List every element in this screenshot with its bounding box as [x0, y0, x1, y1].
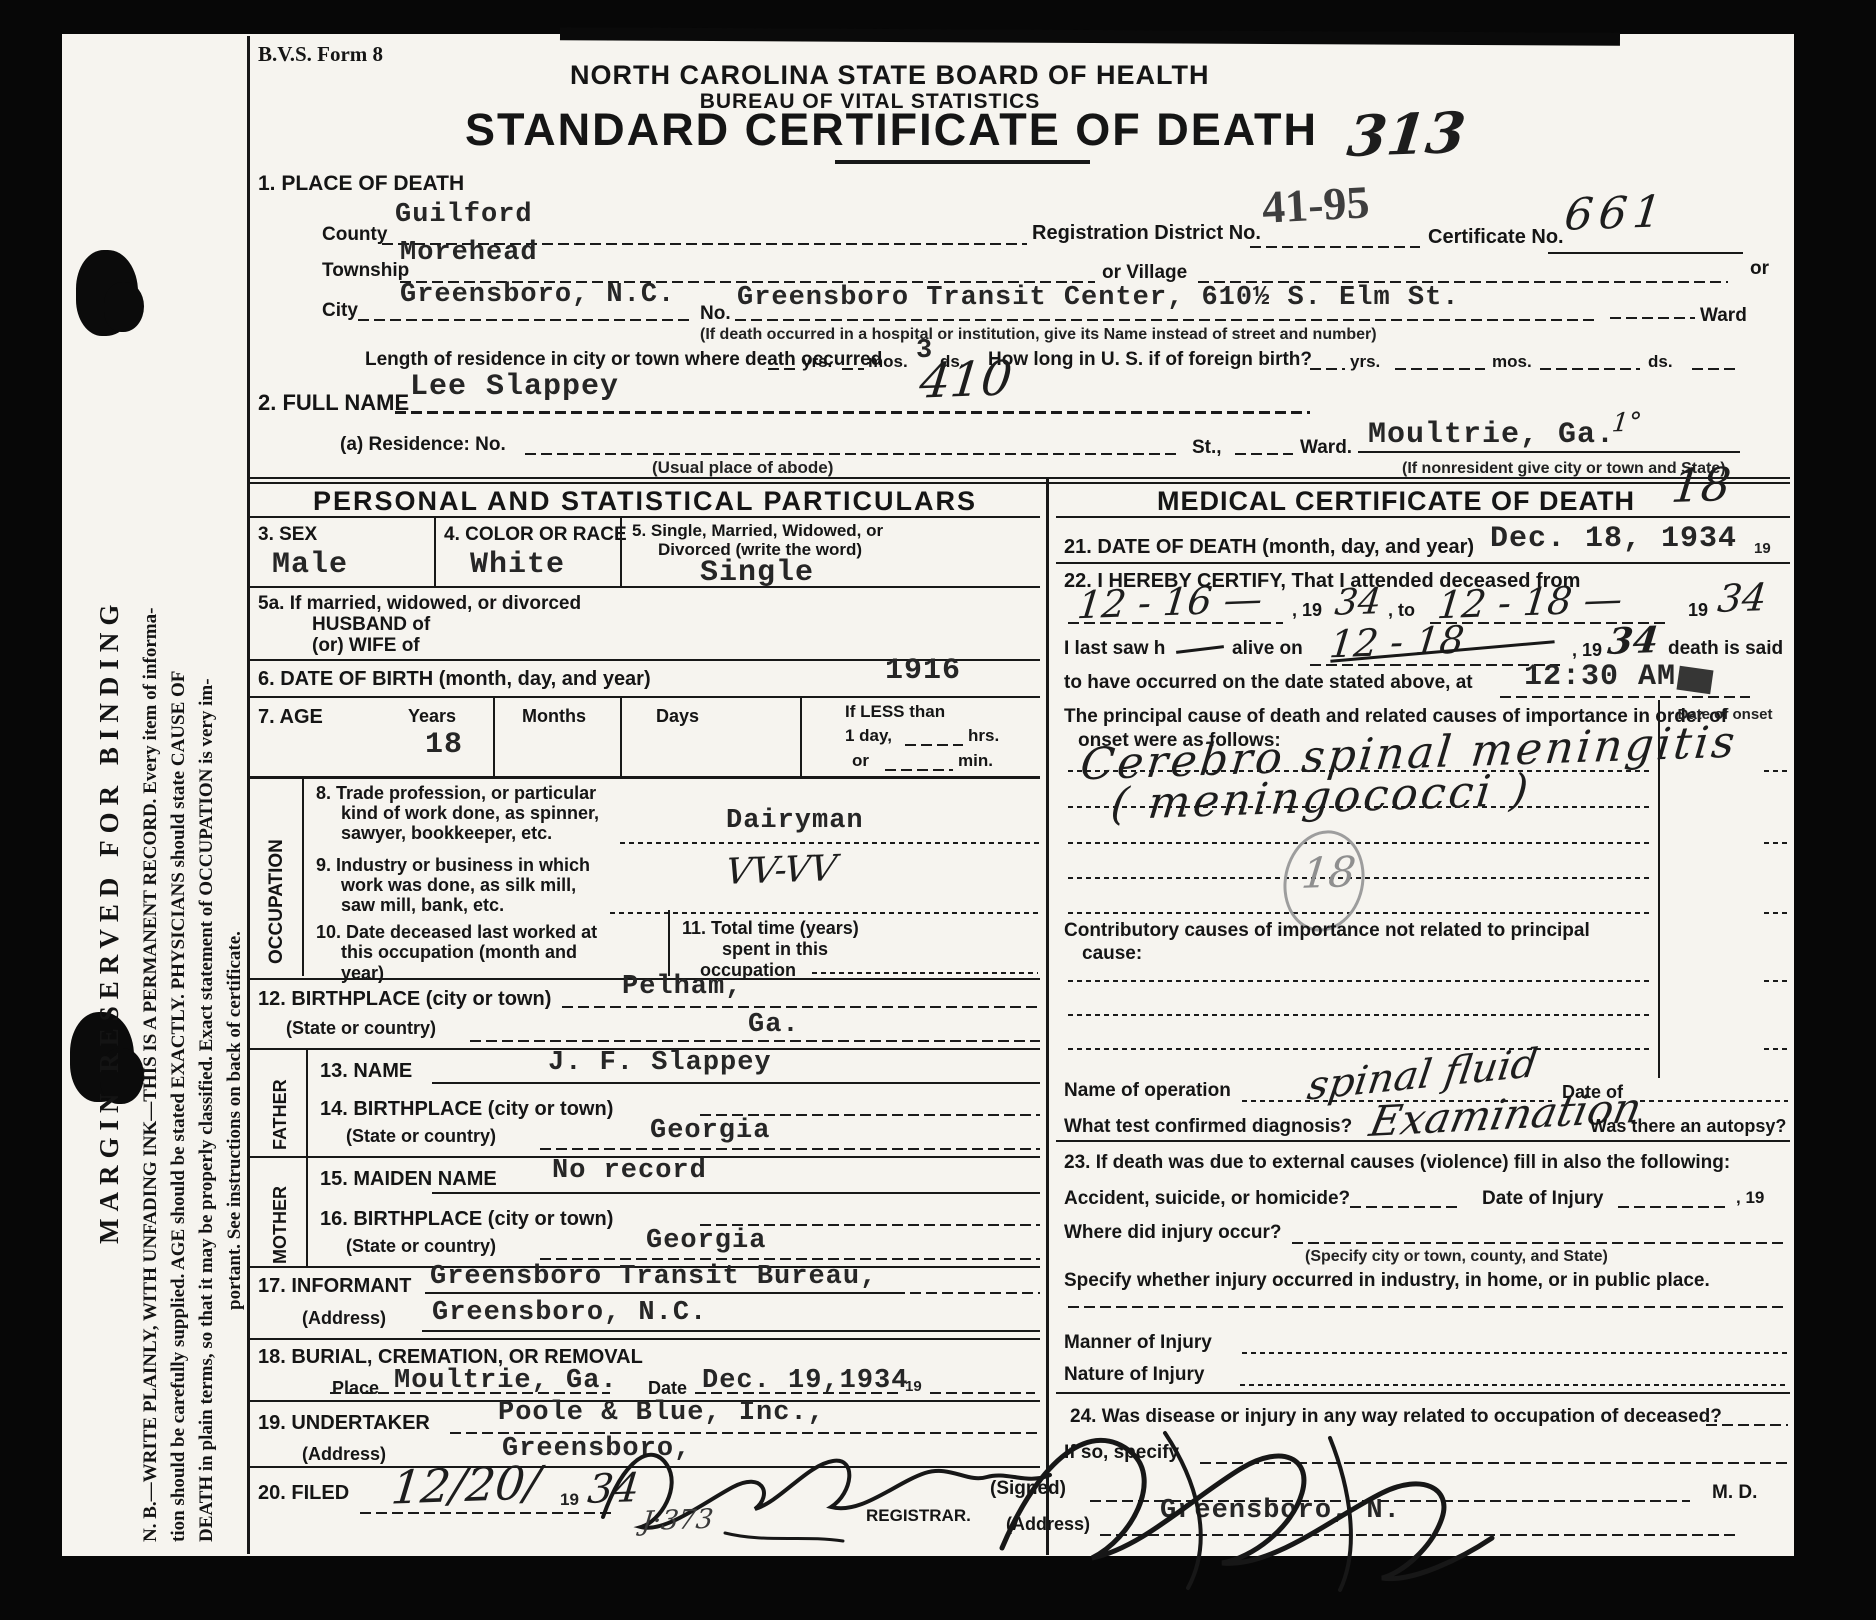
father-name-label: 13. NAME [320, 1060, 412, 1083]
mother-side-label: MOTHER [270, 1172, 291, 1264]
rule [1068, 1048, 1653, 1050]
ward2-label: Ward. [1300, 437, 1352, 459]
rule [1046, 477, 1049, 1555]
rule [1310, 664, 1560, 666]
mother-birthplace-value: Georgia [646, 1226, 766, 1256]
dob-label: 6. DATE OF BIRTH (month, day, and year) [258, 668, 651, 691]
rule [432, 1192, 1040, 1194]
certificate-no-label: Certificate No. [1428, 226, 1564, 249]
rule [1235, 453, 1293, 455]
rule [1056, 562, 1790, 564]
rule [842, 368, 864, 370]
death-is-said-label: death is said [1668, 638, 1783, 660]
rule [910, 1292, 1040, 1294]
medical-heading-handwriting: 18 [1669, 457, 1733, 513]
filed-scribble: J·373 [640, 1504, 715, 1537]
industry-label3: saw mill, bank, etc. [341, 895, 504, 916]
mos-label: mos. [868, 352, 908, 372]
rule [1692, 368, 1740, 370]
rule [493, 696, 495, 776]
registrar-label: REGISTRAR. [866, 1506, 971, 1526]
l5a-husband-label: HUSBAND of [312, 614, 430, 636]
injury-19-label: , 19 [1736, 1188, 1764, 1208]
full-name-hand-number: 410 [917, 350, 1015, 409]
rule [330, 1392, 610, 1394]
birthplace-state-value: Ga. [748, 1010, 800, 1040]
test-confirmed-label: What test confirmed diagnosis? [1064, 1116, 1352, 1138]
father-state-label: (State or country) [346, 1126, 496, 1147]
accident-label: Accident, suicide, or homicide? [1064, 1188, 1350, 1210]
birthplace-state-label: (State or country) [286, 1018, 436, 1039]
registration-district-label: Registration District No. [1032, 222, 1261, 245]
marital-value: Single [700, 556, 814, 590]
margin-note-line: N. B.—WRITE PLAINLY, WITH UNFADING INK—T… [140, 46, 162, 1542]
st-label: St., [1192, 437, 1222, 459]
rule [1242, 1352, 1788, 1354]
maiden-name-label: 15. MAIDEN NAME [320, 1168, 497, 1191]
rule [1250, 246, 1420, 248]
rule [358, 319, 693, 321]
specify-whether-label: Specify whether injury occurred in indus… [1064, 1270, 1710, 1292]
filed-printed-19: 19 [560, 1490, 579, 1510]
to-label: , to [1388, 600, 1415, 621]
rule [425, 1292, 905, 1294]
date-of-death-label: 21. DATE OF DEATH (month, day, and year) [1064, 536, 1474, 559]
dob-value: 1916 [885, 654, 961, 688]
district-number-stamp: 41-95 [1261, 175, 1371, 234]
burial-date-label: Date [648, 1378, 687, 1399]
township-label: Township [322, 260, 409, 282]
birthplace-city-value: Pelham, [622, 972, 742, 1002]
rule [1292, 1242, 1788, 1244]
rule [1764, 912, 1790, 914]
maiden-name-value: No record [552, 1156, 707, 1186]
attended-from-handwritten: 12 - 16 — [1075, 577, 1264, 627]
informant-value: Greensboro Transit Bureau, [430, 1262, 877, 1292]
ward-label: Ward [1700, 305, 1747, 327]
rule [1764, 1048, 1790, 1050]
date-of-death-value: Dec. 18, 1934 [1490, 522, 1737, 556]
last-worked-label2: this occupation (month and [341, 942, 577, 963]
time-of-death-value: 12:30 AM [1524, 660, 1676, 694]
or-label: or [1750, 258, 1769, 280]
trade-label3: sawyer, bookkeeper, etc. [341, 823, 552, 844]
rule [1056, 516, 1790, 518]
mother-state-label: (State or country) [346, 1236, 496, 1257]
external-causes-label: 23. If death was due to external causes … [1064, 1152, 1730, 1174]
informant-address-label: (Address) [302, 1308, 386, 1329]
rule [250, 776, 1040, 779]
undertaker-address-label: (Address) [302, 1444, 386, 1465]
rule [302, 776, 304, 976]
form-number: B.V.S. Form 8 [258, 42, 383, 67]
specify-city-note: (Specify city or town, county, and State… [1305, 1248, 1608, 1266]
rule [1068, 980, 1653, 982]
industry-value-handwritten: VV-VV [724, 848, 839, 893]
occupation-side-label: OCCUPATION [266, 792, 288, 964]
residence-no-label: (a) Residence: No. [340, 434, 506, 456]
rule [306, 1156, 308, 1266]
last-saw-label: I last saw h [1064, 638, 1165, 660]
margin-note-line: portant. See instructions on back of cer… [224, 480, 246, 1310]
rule [620, 696, 622, 776]
father-name-value: J. F. Slappey [548, 1048, 772, 1078]
rule [1610, 317, 1695, 319]
if-less-label1: If LESS than [845, 702, 945, 722]
trade-label2: kind of work done, as spinner, [341, 803, 599, 824]
nature-of-injury-label: Nature of Injury [1064, 1364, 1204, 1386]
race-label: 4. COLOR OR RACE [444, 524, 627, 546]
rule [1548, 252, 1743, 254]
rule [768, 368, 798, 370]
township-value: Morehead [400, 238, 538, 268]
rule [930, 1392, 1035, 1394]
alive-on-label: alive on [1232, 638, 1303, 660]
industry-label2: work was done, as silk mill, [341, 875, 576, 896]
rule [1764, 770, 1790, 772]
filed-date-handwritten: 12/20/ [389, 1455, 543, 1514]
md-label: M. D. [1712, 1482, 1757, 1504]
father-birthplace-value: Georgia [650, 1116, 770, 1146]
trade-label1: 8. Trade profession, or particular [316, 783, 596, 804]
l5a-label: 5a. If married, widowed, or divorced [258, 593, 581, 615]
manner-of-injury-label: Manner of Injury [1064, 1332, 1212, 1354]
l5a-wife-label: (or) WIFE of [312, 635, 420, 657]
rule [395, 411, 1310, 414]
printed-19b: 19 [1688, 600, 1708, 621]
if-less-label3: or [852, 751, 869, 771]
last-worked-label1: 10. Date deceased last worked at [316, 922, 597, 943]
where-injury-label: Where did injury occur? [1064, 1222, 1281, 1244]
residence-value: Moultrie, Ga. [1368, 418, 1615, 452]
rule [812, 972, 1038, 974]
rule [250, 696, 1040, 698]
date-of-injury-label: Date of Injury [1482, 1188, 1603, 1210]
last-worked-label3: year) [341, 963, 384, 984]
hospital-note: (If death occurred in a hospital or inst… [700, 326, 1377, 344]
age-months-label: Months [522, 706, 586, 727]
rule [432, 1082, 1040, 1084]
rule [1068, 1306, 1788, 1308]
total-time-label2: spent in this [722, 939, 828, 960]
pencil-number: 18 [1299, 847, 1358, 898]
residence-superscript: 1° [1610, 407, 1643, 438]
rule [250, 1338, 1040, 1340]
rule [1056, 1140, 1790, 1142]
place-of-death-heading: 1. PLACE OF DEATH [258, 172, 464, 196]
margin-binding-note: MARGIN RESERVED FOR BINDING [94, 452, 125, 1244]
rule [1500, 696, 1750, 698]
rule [695, 1392, 900, 1394]
rule [562, 1006, 1040, 1008]
rule [668, 910, 670, 976]
medical-heading: MEDICAL CERTIFICATE OF DEATH [1056, 486, 1736, 517]
sex-label: 3. SEX [258, 524, 317, 546]
burial-place-label: Place [332, 1378, 379, 1399]
rule [525, 453, 1180, 455]
city-value: Greensboro, N.C. [400, 280, 675, 310]
institution-value: Greensboro Transit Center, 610½ S. Elm S… [737, 283, 1460, 313]
rule [540, 1258, 1040, 1260]
rule [620, 842, 1040, 844]
certificate-number: 661 [1562, 186, 1670, 241]
rule [422, 1330, 1040, 1332]
page-number-handwritten: 313 [1344, 100, 1468, 170]
physician-signature [980, 1398, 1520, 1593]
informant-label: 17. INFORMANT [258, 1275, 411, 1298]
rule [250, 482, 1790, 484]
rule [434, 518, 436, 586]
contributory-label2: cause: [1082, 943, 1142, 965]
birthplace-label: 12. BIRTHPLACE (city or town) [258, 988, 551, 1011]
rule [540, 1148, 1040, 1150]
rule [1618, 1206, 1728, 1208]
mother-birthplace-label: 16. BIRTHPLACE (city or town) [320, 1208, 613, 1231]
rule [1068, 1014, 1653, 1016]
father-side-label: FATHER [270, 1058, 291, 1150]
scanned-death-certificate: MARGIN RESERVED FOR BINDING N. B.—WRITE … [0, 0, 1876, 1620]
undertaker-label: 19. UNDERTAKER [258, 1412, 430, 1435]
street-no-label: No. [700, 303, 731, 325]
min-label: min. [958, 751, 993, 771]
abode-note: (Usual place of abode) [652, 458, 833, 478]
last-saw-year-handwritten: 34 [1606, 619, 1661, 663]
rule [735, 319, 1595, 321]
full-name-label: 2. FULL NAME [258, 390, 409, 416]
operation-label: Name of operation [1064, 1080, 1231, 1102]
ink-smudge [1676, 666, 1713, 694]
burial-printed-19: 19 [905, 1378, 922, 1395]
to-year-handwritten: 34 [1716, 575, 1769, 621]
rule [1350, 1206, 1460, 1208]
marital-label: 5. Single, Married, Widowed, or [632, 521, 883, 541]
contributory-label1: Contributory causes of importance not re… [1064, 920, 1590, 942]
rule [1640, 1100, 1788, 1102]
rule [835, 160, 1090, 164]
county-label: County [322, 224, 387, 246]
rule [620, 518, 622, 586]
filed-label: 20. FILED [258, 1482, 349, 1505]
if-less-label2: 1 day, [845, 726, 892, 746]
rule [1056, 1392, 1790, 1394]
rule [1068, 912, 1653, 914]
rule [800, 696, 802, 776]
rule [1706, 1424, 1788, 1426]
certificate-title: STANDARD CERTIFICATE OF DEATH [465, 104, 1275, 156]
father-birthplace-label: 14. BIRTHPLACE (city or town) [320, 1098, 613, 1121]
margin-note-line: tion should be carefully supplied. AGE s… [168, 46, 190, 1542]
age-years-label: Years [408, 706, 456, 727]
from-year-handwritten: 34 [1333, 581, 1383, 624]
county-value: Guilford [395, 200, 533, 230]
rule [247, 36, 250, 1554]
rule [306, 1048, 308, 1158]
autopsy-label: Was there an autopsy? [1590, 1116, 1786, 1137]
rule [1068, 622, 1283, 624]
rule [1358, 451, 1740, 453]
full-name-value: Lee Slappey [410, 370, 619, 404]
printed-19c: , 19 [1572, 640, 1602, 661]
occurred-label: to have occurred on the date stated abov… [1064, 672, 1473, 694]
rule [1310, 368, 1345, 370]
foreign-birth-label: How long in U. S. if of foreign birth? [988, 349, 1312, 371]
yrs2-label: yrs. [1350, 352, 1380, 372]
ds2-label: ds. [1648, 352, 1673, 372]
undertaker-value: Poole & Blue, Inc., [498, 1398, 825, 1428]
dod-printed-19: 19 [1754, 540, 1771, 557]
occupation-value: Dairyman [726, 806, 864, 836]
personal-heading: PERSONAL AND STATISTICAL PARTICULARS [250, 486, 1040, 517]
rule [905, 744, 963, 746]
hrs-label: hrs. [968, 726, 999, 746]
age-days-label: Days [656, 706, 699, 727]
org-title: NORTH CAROLINA STATE BOARD OF HEALTH [570, 60, 1170, 91]
rule [610, 912, 1040, 914]
rule [1540, 368, 1640, 370]
rule [250, 586, 1040, 588]
informant-address-value: Greensboro, N.C. [432, 1298, 707, 1328]
sex-value: Male [272, 548, 348, 582]
total-time-label1: 11. Total time (years) [682, 918, 859, 939]
printed-19a: , 19 [1292, 600, 1322, 621]
yrs-label: yrs. [802, 352, 832, 372]
rule [1395, 368, 1485, 370]
industry-label1: 9. Industry or business in which [316, 855, 590, 876]
rule [250, 516, 1040, 518]
rule [1068, 842, 1653, 844]
city-label: City [322, 300, 358, 322]
rule [470, 1040, 1040, 1042]
rule [250, 477, 1790, 479]
or-village-label: or Village [1102, 262, 1187, 284]
rule [885, 769, 953, 771]
age-label: 7. AGE [258, 706, 323, 729]
rule [1240, 1384, 1788, 1386]
mos2-label: mos. [1492, 352, 1532, 372]
rule [1764, 842, 1790, 844]
rule [1764, 980, 1790, 982]
margin-note-line: DEATH in plain terms, so that it may be … [196, 46, 218, 1542]
age-years-value: 18 [425, 728, 463, 762]
rule [360, 1512, 615, 1514]
race-value: White [470, 548, 565, 582]
